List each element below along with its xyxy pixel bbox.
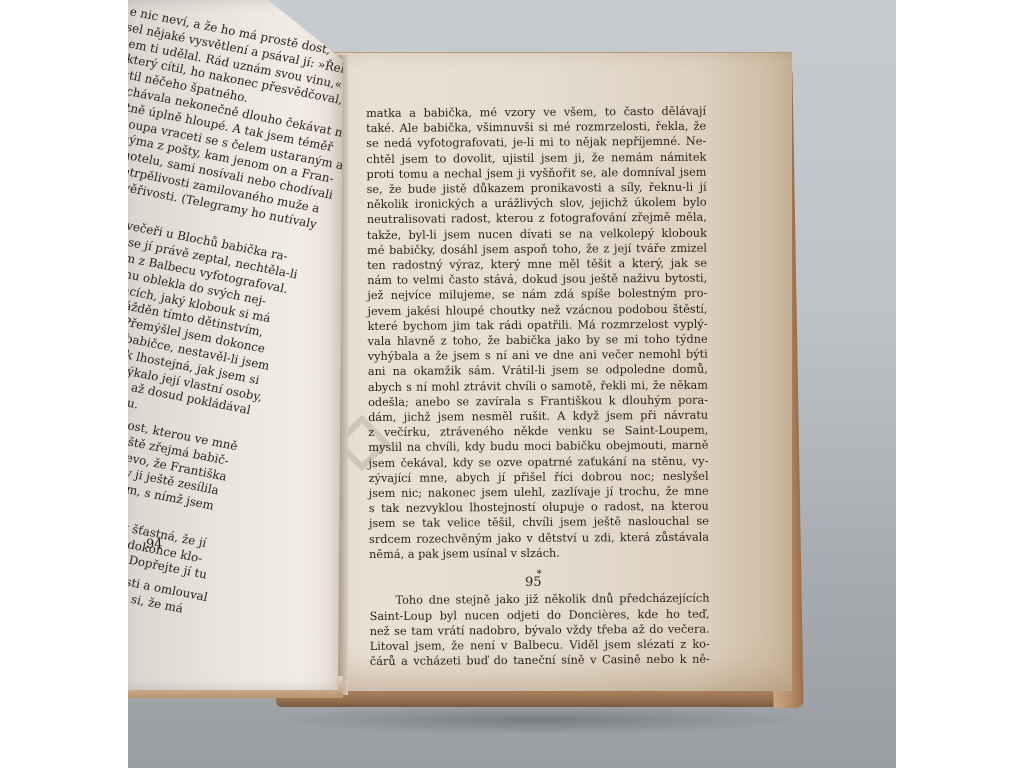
page-number-right: 95 xyxy=(525,575,542,590)
right-page: matka a babička, mé vzory ve všem, to ča… xyxy=(322,52,792,691)
book-photo: matka a babička, mé vzory ve všem, to ča… xyxy=(128,0,896,768)
paragraph-1: matka a babička, mé vzory ve všem, to ča… xyxy=(366,104,709,562)
left-page-text: …e nic neví, a že ho má prostě dost, …se… xyxy=(128,2,346,623)
paragraph-2: Toho dne stejně jako již několik dnů pře… xyxy=(369,591,710,669)
text-line: němá, a pak jsem usínal v slzách. xyxy=(369,545,709,563)
left-page: …e nic neví, a že ho má prostě dost, …se… xyxy=(128,0,343,690)
book-shadow xyxy=(268,705,808,735)
text-line: srdcem rozechvěným jako v dětství u zdi,… xyxy=(369,529,709,547)
text-line: čárů a vcházeti buď do taneční síně v Ca… xyxy=(370,652,710,670)
page-number-left: 94 xyxy=(146,537,163,552)
text-line: Toho dne stejně jako již několik dnů pře… xyxy=(369,591,709,609)
